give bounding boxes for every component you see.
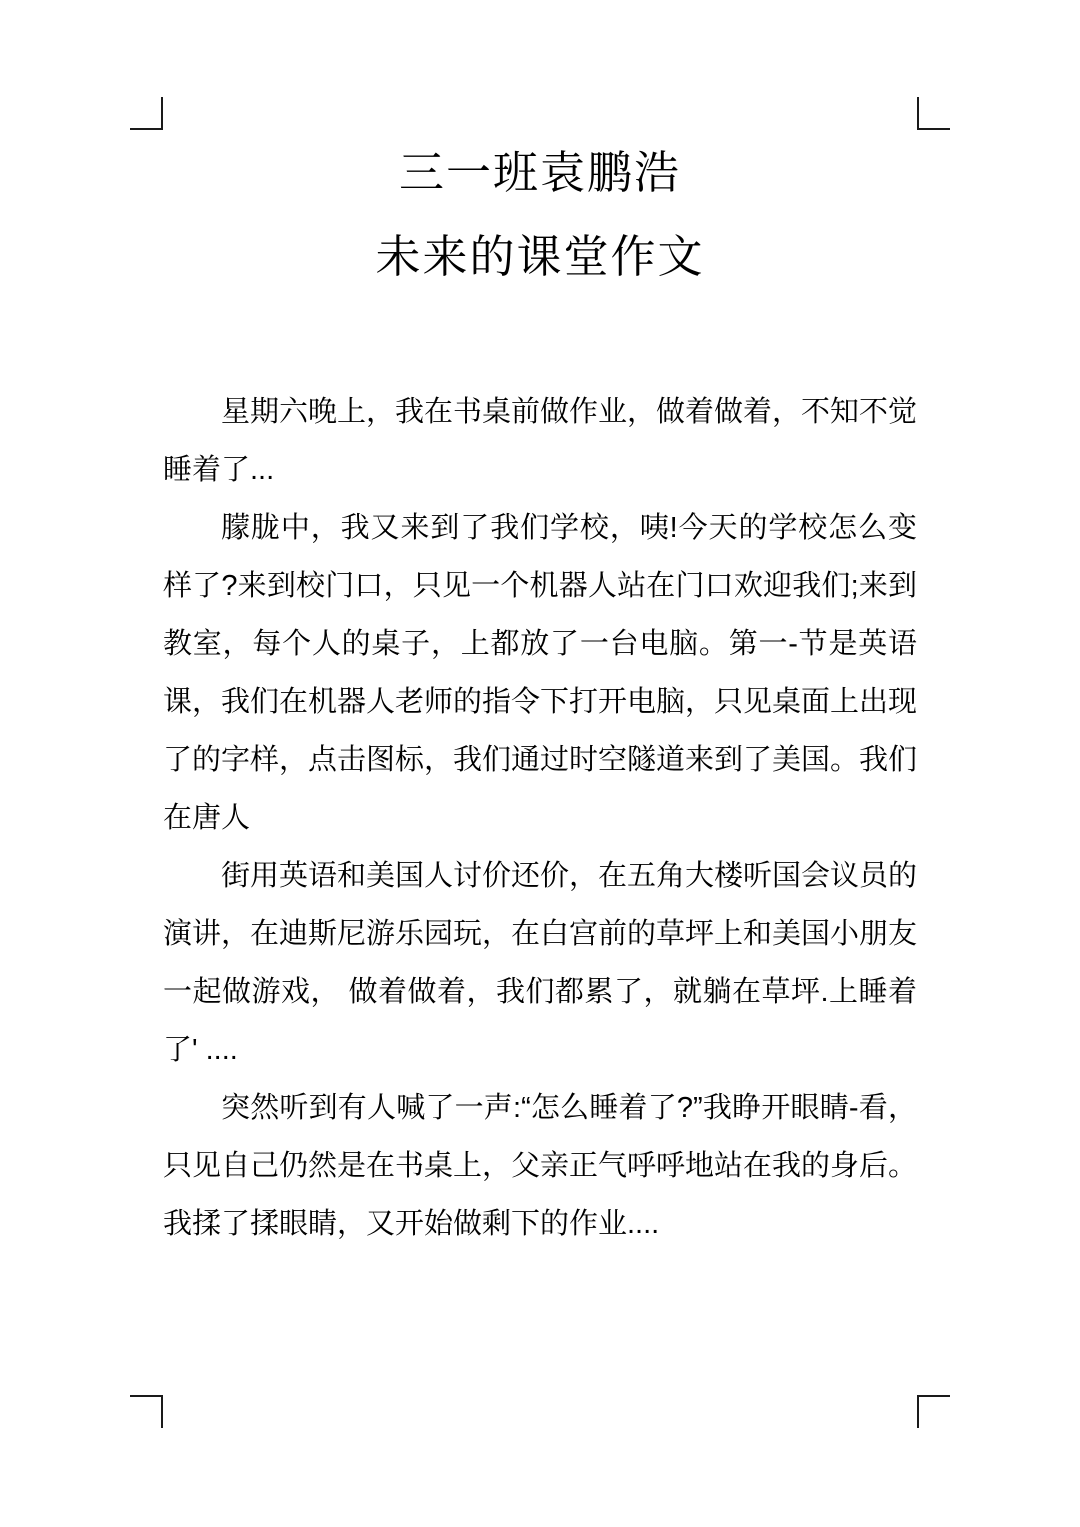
paragraph: 突然听到有人喊了一声:“怎么睡着了?”我睁开眼睛-看，只见自己仍然是在书桌上，父… <box>163 1079 917 1253</box>
text-area: 三一班袁鹏浩 未来的课堂作文 星期六晚上，我在书桌前做作业，做着做着，不知不觉睡… <box>163 131 917 1253</box>
crop-mark-top-right <box>917 97 950 130</box>
crop-mark-bottom-left <box>130 1395 163 1428</box>
crop-mark-top-left <box>130 97 163 130</box>
document-page: 三一班袁鹏浩 未来的课堂作文 星期六晚上，我在书桌前做作业，做着做着，不知不觉睡… <box>0 0 1080 1527</box>
title-line-1: 三一班袁鹏浩 <box>163 131 917 215</box>
paragraph: 朦胧中，我又来到了我们学校，咦!今天的学校怎么变样了?来到校门口，只见一个机器人… <box>163 499 917 847</box>
paragraph: 星期六晚上，我在书桌前做作业，做着做着，不知不觉睡着了... <box>163 383 917 499</box>
essay-body: 星期六晚上，我在书桌前做作业，做着做着，不知不觉睡着了... 朦胧中，我又来到了… <box>163 383 917 1253</box>
paragraph: 街用英语和美国人讨价还价，在五角大楼听国会议员的演讲，在迪斯尼游乐园玩，在白宫前… <box>163 847 917 1079</box>
crop-mark-bottom-right <box>917 1395 950 1428</box>
title-line-2: 未来的课堂作文 <box>163 215 917 299</box>
